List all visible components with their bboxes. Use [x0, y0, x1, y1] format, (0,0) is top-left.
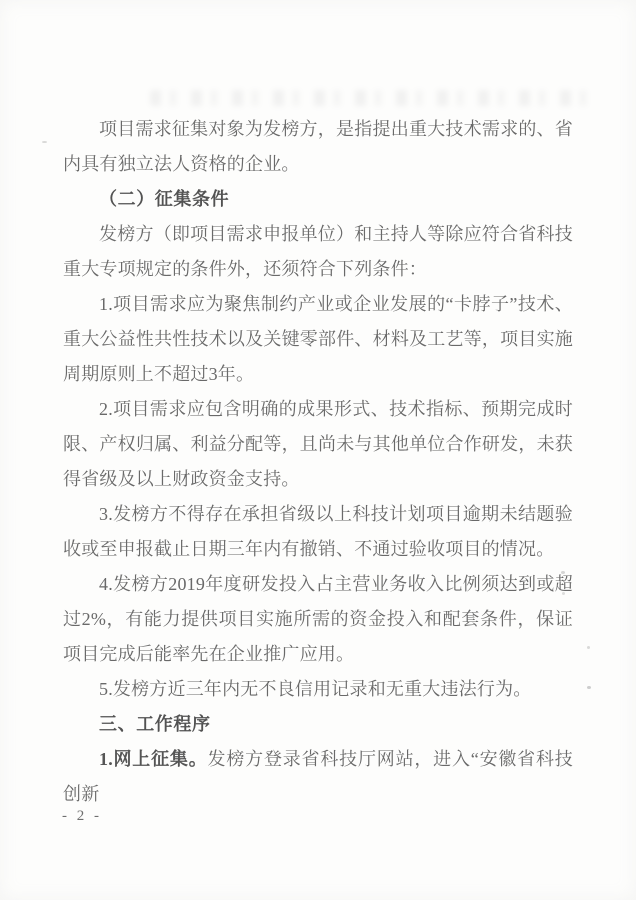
scan-speck [561, 436, 564, 439]
scan-speck [42, 141, 47, 143]
paragraph-intro: 项目需求征集对象为发榜方，是指提出重大技术需求的、省内具有独立法人资格的企业。 [63, 112, 573, 182]
scan-speck [587, 646, 590, 649]
document-body: 项目需求征集对象为发榜方，是指提出重大技术需求的、省内具有独立法人资格的企业。 … [63, 112, 573, 812]
scan-speck [562, 510, 565, 514]
scan-speck [587, 686, 591, 689]
scan-speck [562, 592, 565, 595]
paragraph-condition-5: 5.发榜方近三年内无不良信用记录和无重大违法行为。 [63, 672, 573, 707]
document-page: 项目需求征集对象为发榜方，是指提出重大技术需求的、省内具有独立法人资格的企业。 … [0, 0, 636, 900]
paragraph-conditions-intro: 发榜方（即项目需求申报单位）和主持人等除应符合省科技重大专项规定的条件外，还须符… [63, 217, 573, 287]
paragraph-condition-1: 1.项目需求应为聚焦制约产业或企业发展的“卡脖子”技术、重大公益性共性技术以及关… [63, 287, 573, 392]
section-heading-gongzuo-chengxu: 三、工作程序 [63, 707, 573, 742]
scan-bleed-through-artifact [150, 90, 588, 106]
section-heading-zhengji-tiaojian: （二）征集条件 [63, 182, 573, 217]
paragraph-procedure-1-bold-lead: 1.网上征集。 [99, 749, 208, 769]
paragraph-condition-4: 4.发榜方2019年度研发投入占主营业务收入比例须达到或超过2%，有能力提供项目… [63, 567, 573, 672]
paragraph-procedure-1: 1.网上征集。发榜方登录省科技厅网站，进入“安徽省科技创新 [63, 742, 573, 812]
paragraph-condition-3: 3.发榜方不得存在承担省级以上科技计划项目逾期未结题验收或至申报截止日期三年内有… [63, 497, 573, 567]
scan-speck [561, 571, 565, 574]
page-number: - 2 - [62, 808, 102, 825]
paragraph-condition-2: 2.项目需求应包含明确的成果形式、技术指标、预期完成时限、产权归属、利益分配等，… [63, 392, 573, 497]
